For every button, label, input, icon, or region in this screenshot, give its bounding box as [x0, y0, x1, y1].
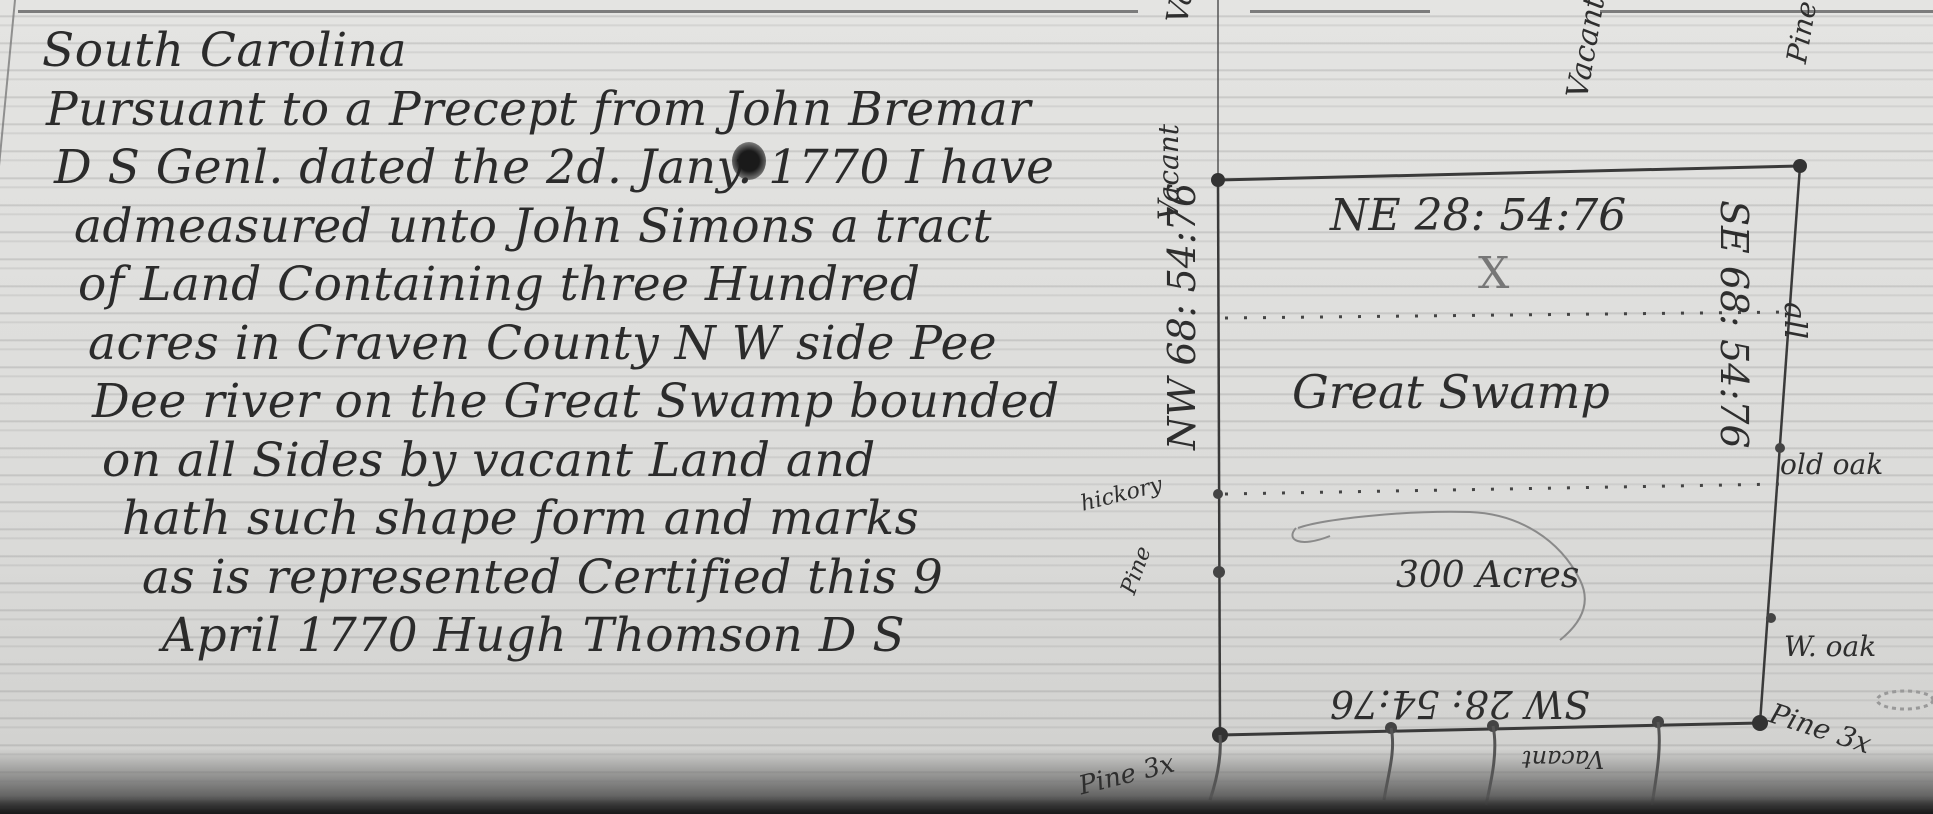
scanned-document-page: South Carolina Pursuant to a Precept fro…: [0, 0, 1933, 814]
survey-plat-diagram: NE 28: 54:76 SE 68: 54:76 SW 28: 54:76 N…: [0, 0, 1933, 814]
edge-mark-old-oak: old oak: [1780, 448, 1883, 481]
great-swamp-label: Great Swamp: [1292, 365, 1610, 419]
bearing-bottom-edge: SW 28: 54:76: [1330, 682, 1590, 726]
bottom-neighbor-note: Vacant: [1522, 745, 1604, 773]
plat-boundary-lines: [0, 0, 1933, 814]
left-side-vacant-note: Vacant: [1152, 124, 1185, 220]
x-mark: X: [1478, 248, 1509, 299]
bearing-left-edge: NW 68: 54:76: [1160, 183, 1204, 450]
acreage-label: 300 Acres: [1396, 555, 1579, 596]
right-side-note: all: [1777, 302, 1812, 339]
bearing-top-edge: NE 28: 54:76: [1330, 190, 1626, 241]
edge-mark-white-oak: W. oak: [1784, 630, 1876, 663]
bearing-right-edge: SE 68: 54:76: [1712, 200, 1756, 449]
scan-bottom-shadow: [0, 796, 1933, 814]
